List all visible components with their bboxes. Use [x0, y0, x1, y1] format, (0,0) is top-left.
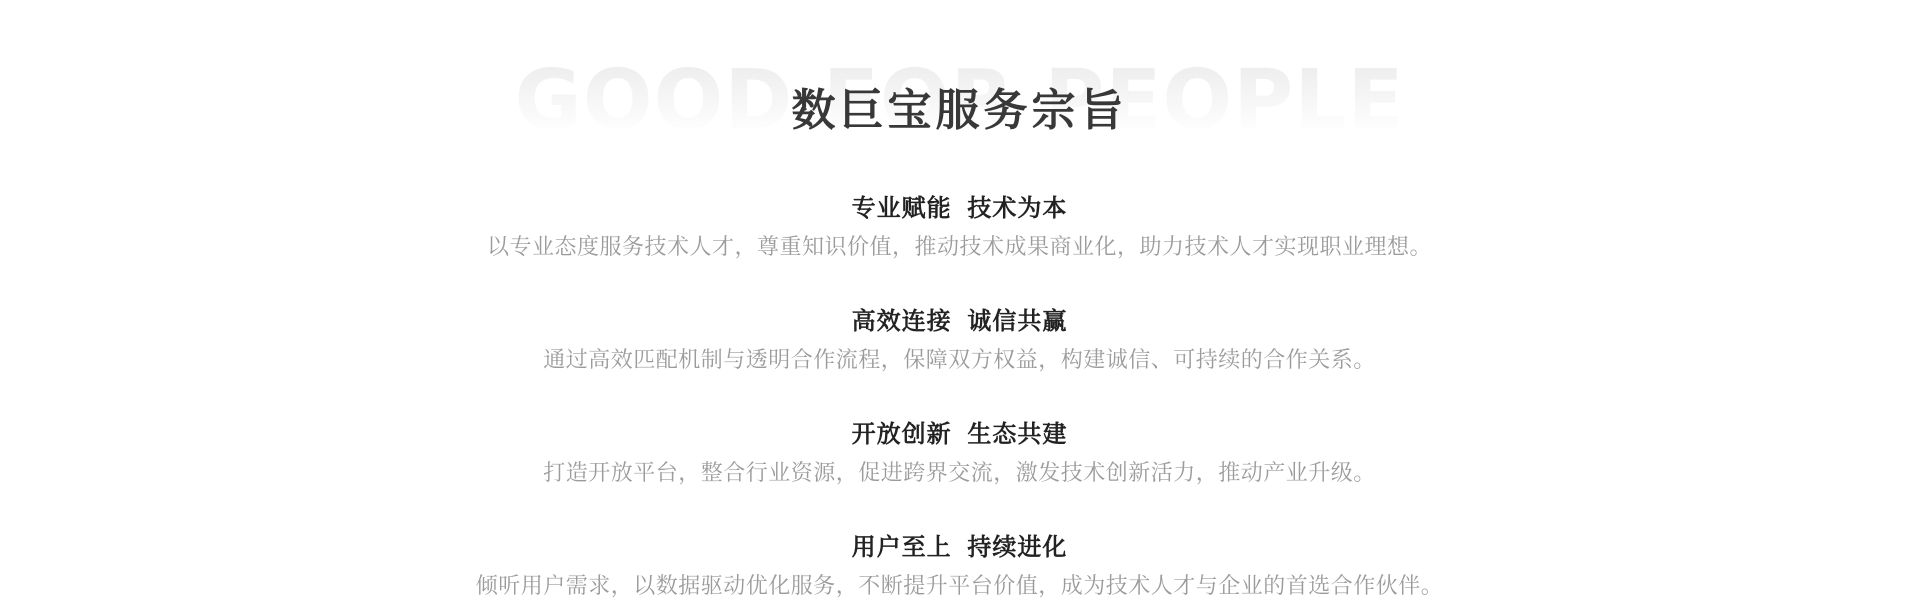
principles-list: 专业赋能 技术为本 以专业态度服务技术人才，尊重知识价值，推动技术成果商业化，助… — [0, 160, 1919, 602]
principle-heading: 专业赋能 技术为本 — [0, 192, 1919, 226]
principle-heading: 用户至上 持续进化 — [0, 531, 1919, 565]
principle-description: 打造开放平台，整合行业资源，促进跨界交流，激发技术创新活力，推动产业升级。 — [0, 457, 1919, 489]
principle-item: 用户至上 持续进化 倾听用户需求，以数据驱动优化服务，不断提升平台价值，成为技术… — [0, 531, 1919, 602]
principle-heading: 开放创新 生态共建 — [0, 418, 1919, 452]
principle-description: 通过高效匹配机制与透明合作流程，保障双方权益，构建诚信、可持续的合作关系。 — [0, 344, 1919, 376]
principle-heading: 高效连接 诚信共赢 — [0, 305, 1919, 339]
principle-description: 倾听用户需求，以数据驱动优化服务，不断提升平台价值，成为技术人才与企业的首选合作… — [0, 570, 1919, 602]
section-header: GOOD FOR PEOPLE 数巨宝服务宗旨 — [0, 0, 1919, 160]
page-title: 数巨宝服务宗旨 — [0, 82, 1919, 139]
principle-description: 以专业态度服务技术人才，尊重知识价值，推动技术成果商业化，助力技术人才实现职业理… — [0, 231, 1919, 263]
principle-item: 专业赋能 技术为本 以专业态度服务技术人才，尊重知识价值，推动技术成果商业化，助… — [0, 192, 1919, 263]
principle-item: 开放创新 生态共建 打造开放平台，整合行业资源，促进跨界交流，激发技术创新活力，… — [0, 418, 1919, 489]
service-purpose-section: GOOD FOR PEOPLE 数巨宝服务宗旨 专业赋能 技术为本 以专业态度服… — [0, 0, 1919, 614]
principle-item: 高效连接 诚信共赢 通过高效匹配机制与透明合作流程，保障双方权益，构建诚信、可持… — [0, 305, 1919, 376]
